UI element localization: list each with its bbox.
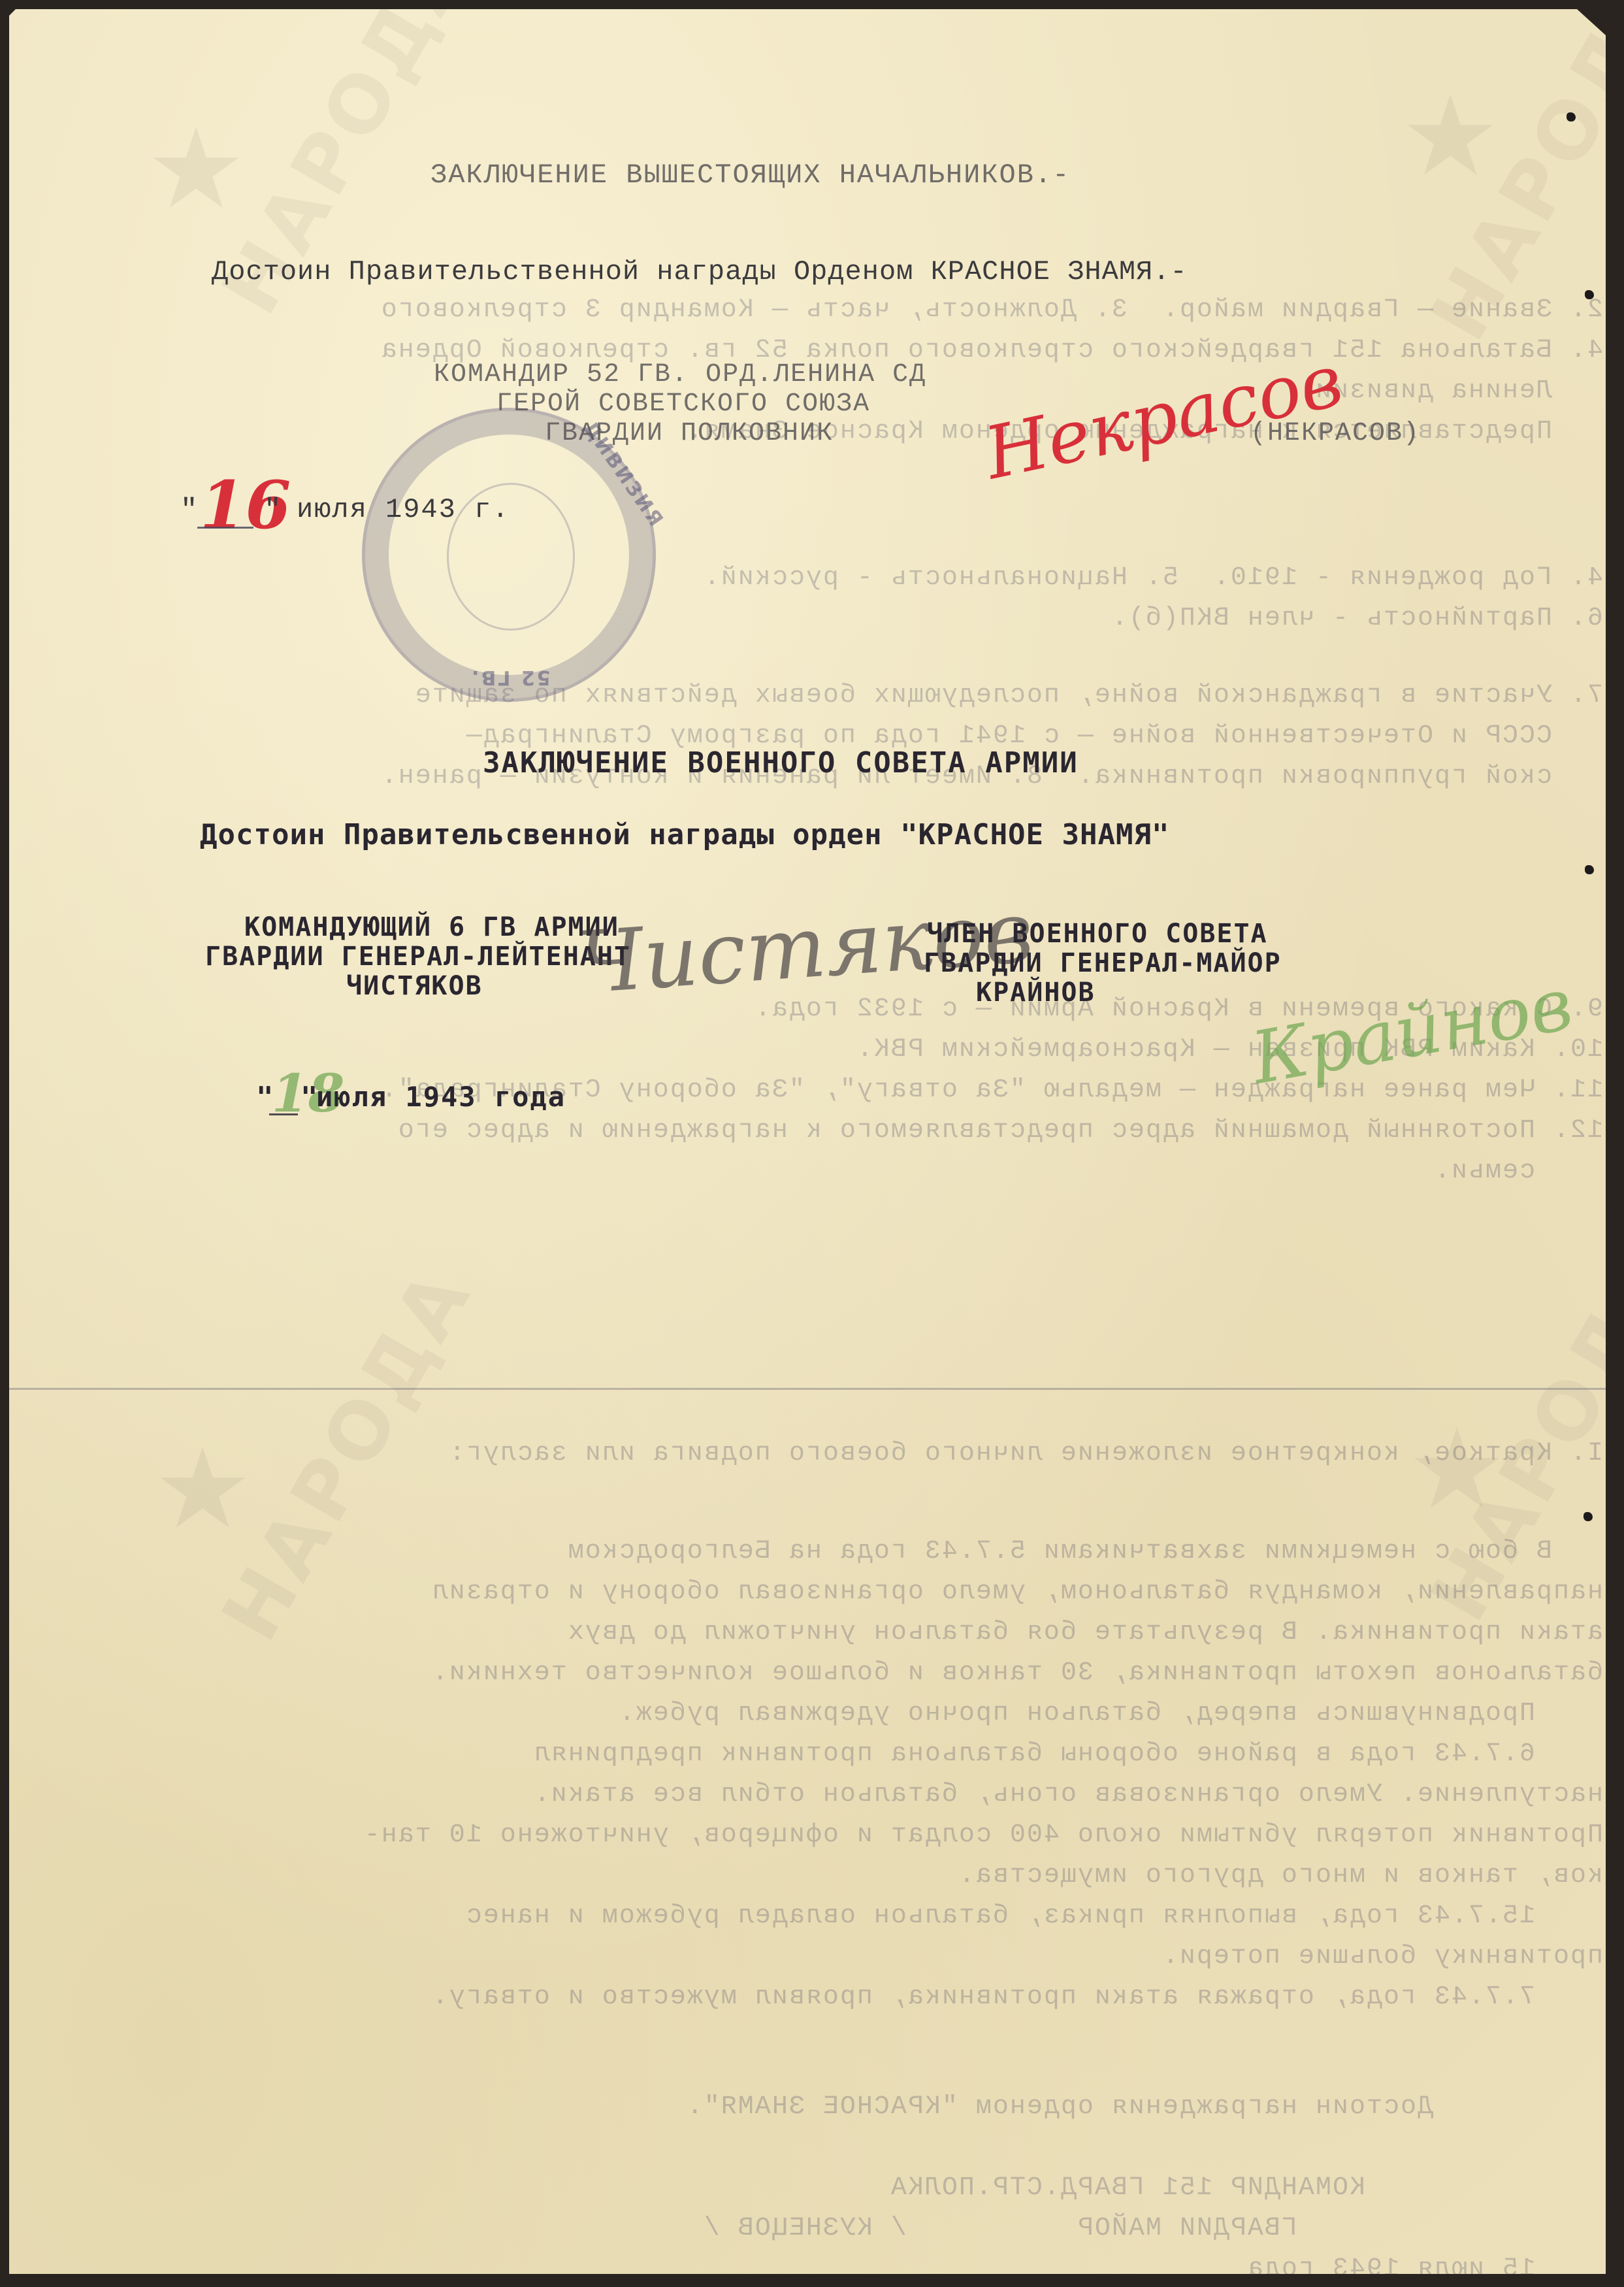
signer2-line-2: ГВАРДИИ ГЕНЕРАЛ-ЛЕЙТЕНАНТ: [205, 944, 631, 970]
section2-recommendation: Достоин Правительсвенной награды орден "…: [200, 818, 1169, 851]
date1-text: июля 1943 г.: [297, 494, 510, 525]
punch-hole: [1567, 112, 1576, 122]
signer2-name: ЧИСТЯКОВ: [346, 973, 483, 999]
show-through-text: В бою с немецкими захватчиками 5.7.43 го…: [35, 1532, 1603, 2018]
date1-quote-close: ": [264, 494, 282, 527]
date1-underline: [197, 527, 253, 529]
signer2-line-1: КОМАНДУЮЩИЙ 6 ГВ АРМИИ: [244, 914, 619, 940]
signer3-line-1: ЧЛЕН ВОЕННОГО СОВЕТА: [927, 921, 1268, 947]
show-through-text: 4. Год рождения - 1910. 5. Национальност…: [35, 558, 1603, 639]
division-stamp: ДИВИЗИЯ 52 ГВ.: [362, 408, 656, 702]
date2-text: июля 1943 года: [316, 1081, 566, 1113]
signer3-line-2: ГВАРДИИ ГЕНЕРАЛ-МАЙОР: [924, 950, 1282, 976]
signer1-line-2: ГЕРОЙ СОВЕТСКОГО СОЮЗА: [496, 391, 870, 418]
signer1-line-1: КОМАНДИР 52 ГВ. ОРД.ЛЕНИНА СД: [434, 362, 926, 388]
section2-heading: ЗАКЛЮЧЕНИЕ ВОЕННОГО СОВЕТА АРМИИ: [483, 746, 1079, 780]
show-through-text: I. Краткое, конкретное изложение личного…: [35, 1434, 1603, 1474]
show-through-text: Достоин награждения орденом "КРАСНОЕ ЗНА…: [35, 2087, 1603, 2287]
star-watermark-icon: ★: [146, 114, 257, 225]
punch-hole: [1585, 865, 1594, 874]
date2-underline: [269, 1113, 298, 1115]
document-page: ★ ★ ★ ★ НАРОДА НАРОДА НАРОДА НАРОДА 2. З…: [9, 9, 1606, 2274]
punch-hole: [1583, 1512, 1593, 1521]
stamp-bottom-text: 52 ГВ.: [470, 666, 551, 689]
divider-line: [9, 1388, 1606, 1390]
section1-recommendation: Достоин Правительственной награды Ордено…: [212, 256, 1188, 288]
section1-heading: ЗАКЛЮЧЕНИЕ ВЫШЕСТОЯЩИХ НАЧАЛЬНИКОВ.-: [430, 159, 1070, 191]
date1-quote-open: ": [180, 494, 199, 527]
signer3-name: КРАЙНОВ: [976, 979, 1096, 1006]
signer1-line-3: ГВАРДИИ ПОЛКОВНИК: [545, 421, 834, 447]
